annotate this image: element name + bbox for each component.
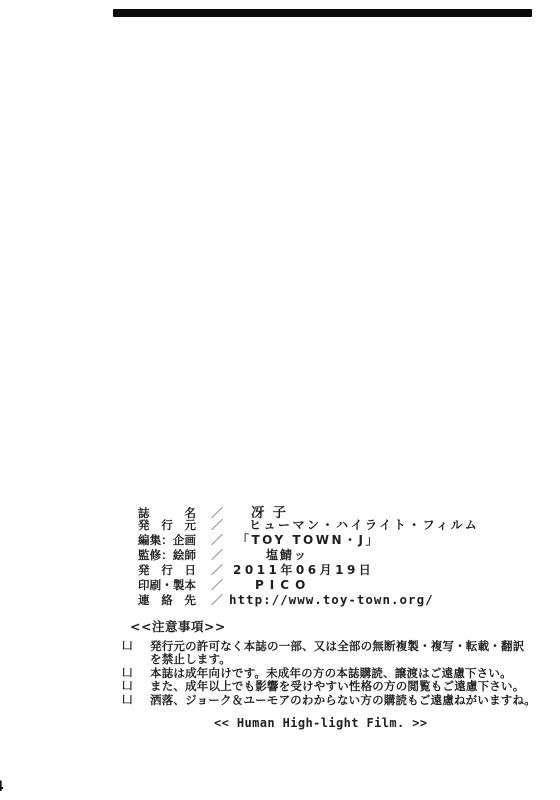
top-divider-bar (113, 9, 532, 17)
separator-slash: ／ (205, 591, 229, 608)
notice-line: を禁止します。 (150, 653, 524, 666)
colophon-value-printer: PICO (229, 578, 311, 592)
colophon-row-printer: 印刷・製本 ／ PICO (138, 576, 479, 591)
colophon-label: 発 行 元 (138, 517, 196, 533)
notice-item-sensitive-readers: 凵 また、成年以上でも影響を受けやすい性格の方の閲覧もご遠慮下さい。 (122, 680, 536, 693)
colophon-page: 誌 名 ／ 冴子 発 行 元 ／ ヒューマン・ハイライト・フィルム 編集：企画 … (0, 0, 560, 800)
colophon-label: 編集：企画 (138, 532, 196, 548)
colophon-label: 発 行 日 (138, 562, 196, 578)
notice-text: 発行元の許可なく本誌の一部、又は全部の無断複製・複写・転載・翻訳 を禁止します。 (150, 640, 524, 667)
notice-header: <<注意事項>> (130, 617, 536, 635)
colophon-label: 印刷・製本 (138, 577, 196, 593)
notice-text: 本誌は成年向けです。未成年の方の本誌購読、譲渡はご遠慮下さい。 (150, 667, 512, 680)
colophon-row-title: 誌 名 ／ 冴子 (138, 501, 479, 516)
notice-text: 洒落、ジョーク＆ユーモアのわからない方の購読もご遠慮ねがいますね。 (150, 694, 536, 707)
notice-bullet-icon: 凵 (122, 694, 150, 707)
notice-bullet-icon: 凵 (122, 640, 150, 653)
notice-bullet-icon: 凵 (122, 667, 150, 680)
colophon-value-issue-date: 2011年06月19日 (229, 561, 374, 578)
notice-line: 発行元の許可なく本誌の一部、又は全部の無断複製・複写・転載・翻訳 (150, 640, 524, 653)
notice-bullet-icon: 凵 (122, 680, 150, 693)
notice-item-no-reproduction: 凵 発行元の許可なく本誌の一部、又は全部の無断複製・複写・転載・翻訳 を禁止しま… (122, 640, 536, 667)
notice-line: また、成年以上でも影響を受けやすい性格の方の閲覧もご遠慮下さい。 (150, 680, 524, 693)
notice-item-adults-only: 凵 本誌は成年向けです。未成年の方の本誌購読、譲渡はご遠慮下さい。 (122, 667, 536, 680)
colophon-label: 連 絡 先 (138, 592, 196, 608)
colophon-block: 誌 名 ／ 冴子 発 行 元 ／ ヒューマン・ハイライト・フィルム 編集：企画 … (138, 501, 479, 606)
colophon-row-editing: 編集：企画 ／ 「TOY TOWN・J」 (138, 531, 479, 546)
circle-name-footer: << Human High-light Film. >> (214, 716, 428, 730)
notice-item-humor: 凵 洒落、ジョーク＆ユーモアのわからない方の購読もご遠慮ねがいますね。 (122, 694, 536, 707)
colophon-row-issue-date: 発 行 日 ／ 2011年06月19日 (138, 561, 479, 576)
notice-text: また、成年以上でも影響を受けやすい性格の方の閲覧もご遠慮下さい。 (150, 680, 524, 693)
page-number: 4 (0, 779, 4, 795)
notice-section: <<注意事項>> 凵 発行元の許可なく本誌の一部、又は全部の無断複製・複写・転載… (122, 617, 536, 707)
colophon-row-contact: 連 絡 先 ／ http://www.toy-town.org/ (138, 591, 479, 606)
notice-line: 洒落、ジョーク＆ユーモアのわからない方の購読もご遠慮ねがいますね。 (150, 694, 536, 707)
colophon-value-contact-url: http://www.toy-town.org/ (229, 592, 434, 607)
colophon-row-artist: 監修：絵師 ／ 塩鯖ッ (138, 546, 479, 561)
notice-line: 本誌は成年向けです。未成年の方の本誌購読、譲渡はご遠慮下さい。 (150, 667, 512, 680)
colophon-row-publisher: 発 行 元 ／ ヒューマン・ハイライト・フィルム (138, 516, 479, 531)
colophon-label: 監修：絵師 (138, 547, 196, 563)
